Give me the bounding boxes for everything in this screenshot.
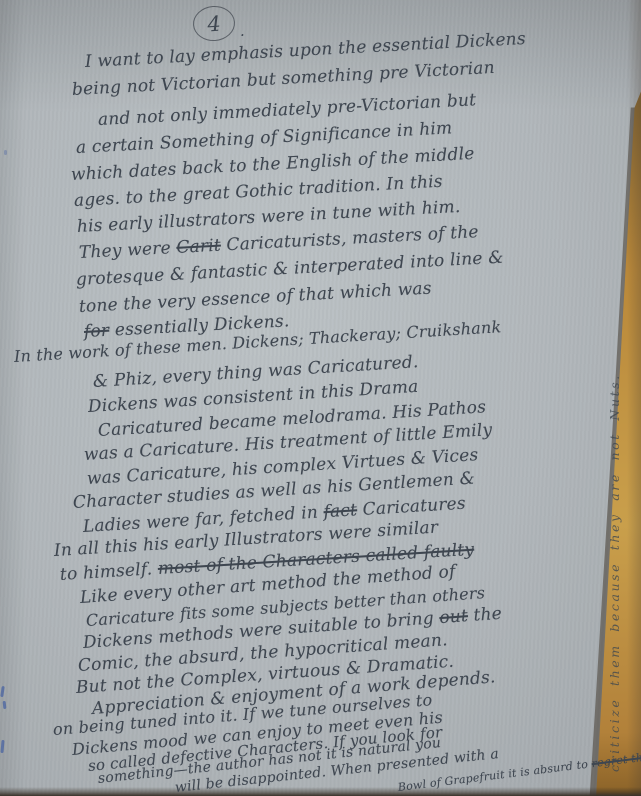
- photo-bottom-edge: [0, 787, 641, 796]
- struck-text: Carit: [176, 236, 222, 258]
- line-text: the: [467, 604, 502, 626]
- ink-bleed-mark: [4, 150, 7, 155]
- page-number: 4: [206, 11, 221, 36]
- struck-text: for: [83, 321, 109, 342]
- manuscript-photo: 4 . I want to lay emphasis upon the esse…: [0, 0, 641, 796]
- struck-text: out: [439, 606, 469, 628]
- page-number-mark: .: [240, 22, 245, 40]
- struck-text: fact: [323, 500, 358, 522]
- margin-note-vertical: criticize them because they are not Nuts…: [607, 373, 622, 772]
- right-edge-shade: [627, 0, 641, 796]
